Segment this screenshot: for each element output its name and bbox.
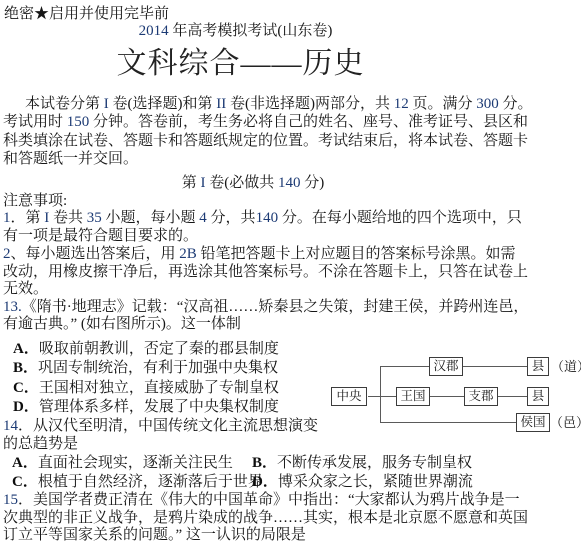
diagram-box-xian-top: 县 [527, 357, 549, 376]
question-13-option-b: B．巩固专制统治，有利于加强中央集权 [13, 360, 278, 377]
question-14-option-b: B．不断传承发展，服务专制皇权 [252, 455, 472, 472]
option-letter: D． [252, 474, 278, 490]
option-letter: B． [13, 360, 38, 376]
option-text: 王国相对独立，直接威胁了专制皇权 [39, 380, 279, 396]
option-letter: C． [12, 474, 38, 490]
diagram-line-hanjun-xian [462, 366, 527, 367]
question-14-stem-line: 的总趋势是 [3, 436, 78, 453]
exam-paper-page: 绝密★启用并使用完毕前 2014 年高考模拟考试(山东卷) 文科综合——历史 本… [0, 0, 581, 543]
option-text: 不断传承发展，服务专制皇权 [277, 455, 472, 471]
note-line: 1．第 I 卷共 35 小题，每小题 4 分，共140 分。在每小题给地的四个选… [3, 210, 522, 227]
option-letter: D． [13, 399, 39, 415]
secret-notice: 绝密★启用并使用完毕前 [4, 6, 169, 23]
option-text: 博采众家之长，紧随世界潮流 [278, 474, 473, 490]
question-13-option-c: C．王国相对独立，直接威胁了专制皇权 [13, 380, 279, 397]
intro-line: 考试用时 150 分钟。答卷前，考生务必将自己的姓名、座号、准考证号、县区和 [3, 114, 528, 131]
option-text: 管理体系多样，发展了中央集权制度 [39, 399, 279, 415]
section-title: 第 I 卷(必做共 140 分) [0, 175, 581, 192]
diagram-branch-vertical-line [380, 366, 381, 423]
option-text: 根植于自然经济，逐渐落后于世界 [38, 474, 263, 490]
option-letter: C． [13, 380, 39, 396]
question-15-stem-line: 次典型的非正义战争，是鸦片染成的战争……其实，根本是北京愿不愿意和英国 [3, 510, 528, 527]
question-14-option-d: D．博采众家之长，紧随世界潮流 [252, 474, 473, 491]
question-13-option-a: A．吸取前朝教训，否定了秦的郡县制度 [13, 341, 279, 358]
note-line: 有一项是最符合题目要求的。 [3, 228, 198, 245]
intro-line: 本试卷分第 I 卷(选择题)和第 II 卷(非选择题)两部分，共 12 页。满分… [25, 96, 533, 113]
question-13-option-d: D．管理体系多样，发展了中央集权制度 [13, 399, 279, 416]
subject-title: 文科综合——历史 [0, 45, 581, 83]
option-letter: A． [12, 455, 38, 471]
question-15-stem-line: 15．美国学者费正清在《伟大的中国革命》中指出：“大家都认为鸦片战争是一 [3, 492, 520, 509]
question-13-stem-line: 13.《隋书·地理志》记载：“汉高祖……矫秦县之失策，封建王侯，并跨州连邑， [3, 299, 528, 316]
diagram-line-branch-hanjun [380, 366, 429, 367]
diagram-line-zhijun-xian [497, 396, 527, 397]
notes-title: 注意事项: [3, 193, 67, 210]
diagram-suffix-dao: （道） [551, 358, 581, 375]
question-15-stem-line: 订立平等国家关系的问题。” 这一认识的局限是 [3, 527, 306, 543]
diagram-line-wangguo-zhijun [429, 396, 464, 397]
intro-line: 和答题纸一并交回。 [3, 151, 138, 168]
diagram-box-wangguo: 王国 [396, 387, 430, 406]
option-text: 吸取前朝教训，否定了秦的郡县制度 [39, 341, 279, 357]
question-14-options-row-cd: C．根植于自然经济，逐渐落后于世界 D．博采众家之长，紧随世界潮流 [12, 474, 263, 491]
option-text: 直面社会现实，逐渐关注民生 [38, 455, 233, 471]
diagram-box-zhijun: 支郡 [464, 387, 498, 406]
note-line: 无效。 [3, 281, 48, 298]
option-text: 巩固专制统治，有利于加强中央集权 [38, 360, 278, 376]
diagram-line-branch-houguo [380, 422, 516, 423]
exam-title: 2014 年高考模拟考试(山东卷) [0, 23, 581, 40]
option-letter: B． [252, 455, 277, 471]
intro-line: 科类填涂在试卷、答题卡和答题纸规定的位置。考试结束后，将本试卷、答题卡 [3, 133, 528, 150]
diagram-suffix-yi: （邑） [550, 414, 581, 431]
question-14-stem-line: 14．从汉代至明清，中国传统文化主流思想演变 [3, 418, 318, 435]
diagram-box-hanjun: 汉郡 [429, 357, 463, 376]
note-line: 2、每小题选出答案后，用 2B 铅笔把答题卡上对应题目的答案标号涂黑。如需 [3, 246, 516, 263]
question-13-stem-line: 有逾古典。” (如右图所示)。这一体制 [3, 316, 241, 333]
note-line: 改动，用橡皮擦干净后，再选涂其他答案标号。不涂在答题卡上，只答在试卷上 [3, 264, 528, 281]
option-letter: A． [13, 341, 39, 357]
diagram-box-zhongyang: 中央 [331, 387, 367, 406]
diagram-box-houguo: 侯国 [516, 413, 550, 432]
diagram-box-xian-mid: 县 [527, 387, 549, 406]
q13-administrative-structure-diagram: 中央 汉郡 县 王国 支郡 县 侯国 （道） （邑） [330, 337, 579, 440]
question-14-options-row-ab: A．直面社会现实，逐渐关注民生 B．不断传承发展，服务专制皇权 [12, 455, 233, 472]
diagram-line-center-wangguo [368, 396, 396, 397]
